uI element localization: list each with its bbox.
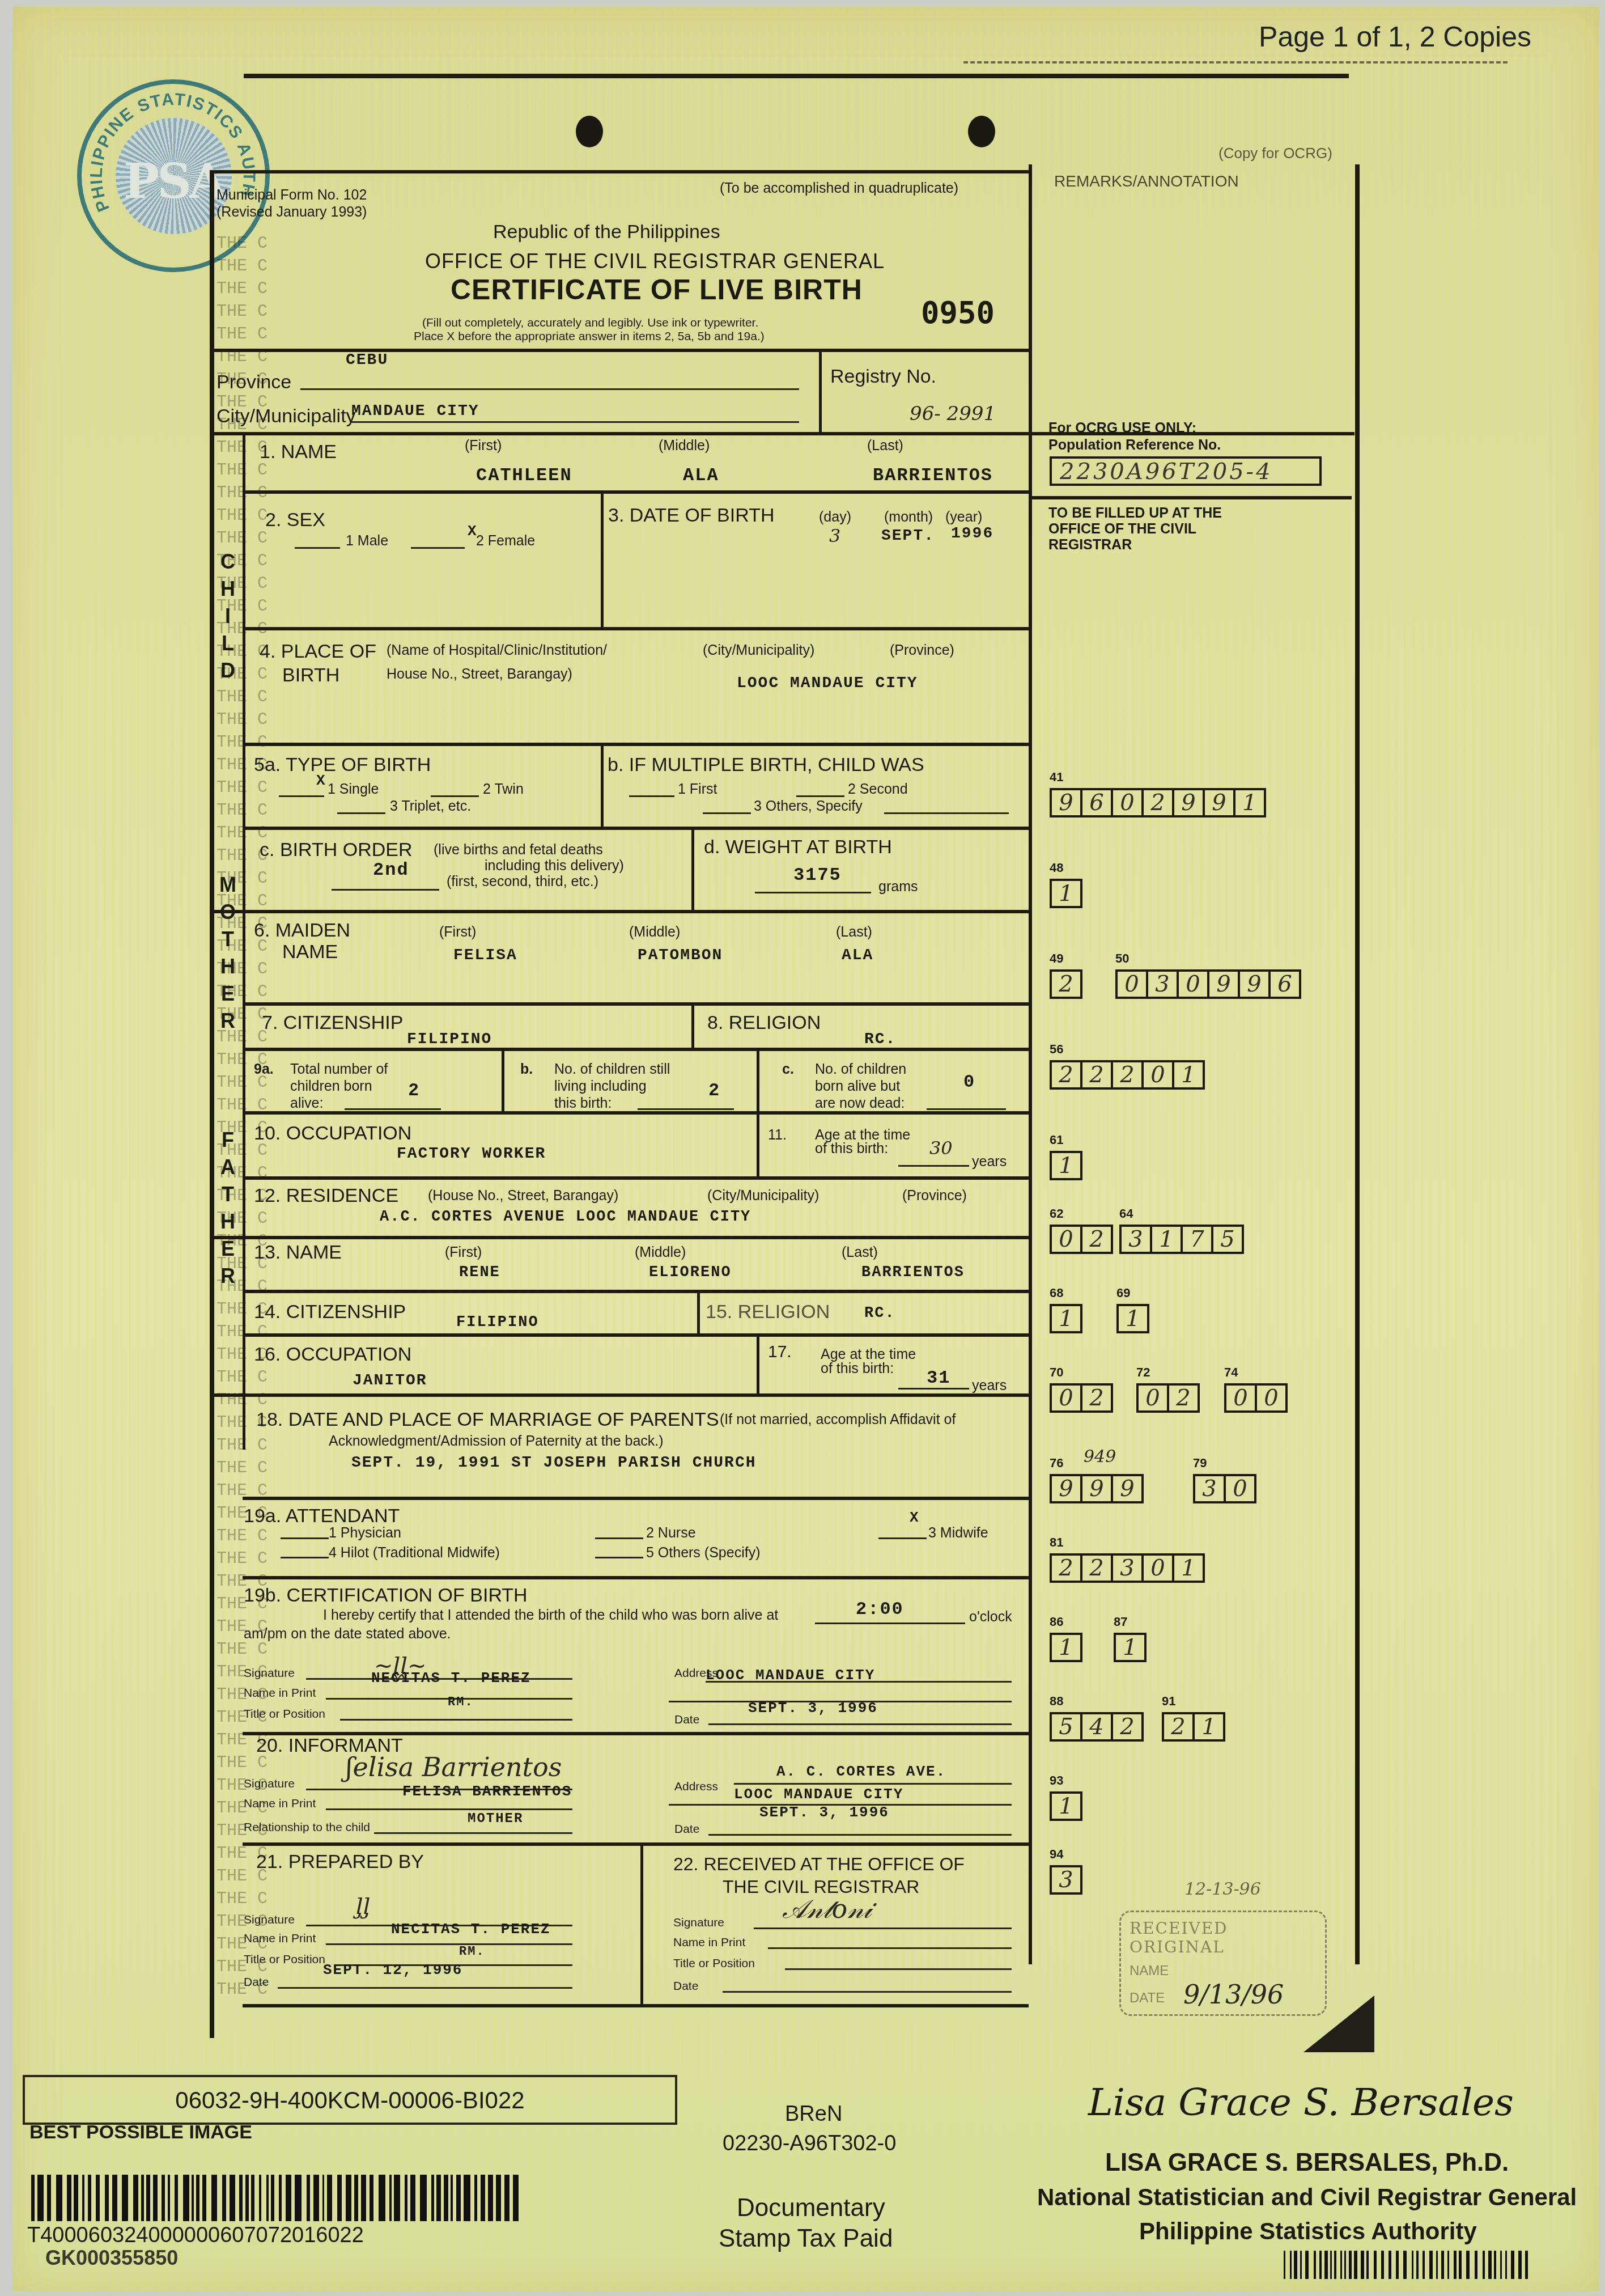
rule — [243, 1576, 1029, 1579]
ocrg-field-number: 50 — [1115, 951, 1129, 966]
attendant-others-blank — [595, 1557, 643, 1558]
ocrg-digit-box: 2 — [1111, 1712, 1144, 1742]
ocrg-digit-box: 1 — [1150, 1225, 1183, 1254]
rule — [640, 1842, 643, 2004]
rule — [243, 743, 1029, 746]
ocrg-digit-box: 2 — [1080, 1383, 1113, 1413]
living-hint-2: living including — [554, 1078, 647, 1095]
signatory-signature: Lisa Grace S. Bersales — [1088, 2081, 1514, 2124]
side-letter: R — [216, 1264, 239, 1288]
rule — [243, 1497, 1029, 1500]
certification-text-1: I hereby certify that I attended the bir… — [323, 1607, 778, 1624]
ocrg-digit-box: 3 — [1050, 1865, 1082, 1895]
prepared-date-field — [278, 1987, 572, 1989]
cert-address-field — [706, 1681, 1012, 1683]
multiple-others-field — [884, 812, 1009, 814]
office-heading: OFFICE OF THE CIVIL REGISTRAR GENERAL — [425, 249, 885, 273]
informant-name-label: Name in Print — [244, 1797, 316, 1811]
sex-option-male: 1 Male — [346, 533, 388, 549]
ocrg-digit-box: 9 — [1111, 1474, 1144, 1503]
sex-male-blank — [295, 547, 340, 549]
cert-name-label: Name in Print — [244, 1687, 316, 1700]
father-name-label: 13. NAME — [254, 1242, 342, 1264]
mother-first-name: FELISA — [453, 947, 517, 964]
ocrg-field-79: 30 — [1193, 1474, 1256, 1503]
ocrg-digit-box: 5 — [1050, 1712, 1082, 1742]
ocrg-header-1: For OCRG USE ONLY: — [1048, 420, 1196, 437]
ocrg-field-64: 3175 — [1119, 1225, 1244, 1254]
oclock-label: o'clock — [969, 1609, 1012, 1625]
best-possible-image: BEST POSSIBLE IMAGE — [29, 2121, 252, 2144]
rule — [243, 1842, 1029, 1846]
received-name-field — [768, 1947, 1012, 1949]
father-religion-label: 15. RELIGION — [706, 1301, 830, 1323]
mother-religion-label: 8. RELIGION — [707, 1012, 821, 1034]
attendant-midwife-blank — [878, 1537, 927, 1539]
folded-corner-icon — [1303, 1996, 1374, 2052]
ocrg-digit-box: 2 — [1080, 1553, 1113, 1583]
ocrg-field-69: 1 — [1116, 1304, 1149, 1333]
barcode-number: T400060324000000607072016022 — [27, 2223, 364, 2248]
rule — [243, 1333, 1029, 1337]
side-letter: C — [216, 550, 239, 574]
marriage-hint-1: (If not married, accomplish Affidavit of — [720, 1412, 956, 1428]
form-top-rule — [244, 74, 1349, 78]
mother-occupation-label: 10. OCCUPATION — [254, 1122, 411, 1145]
birth-type-triplet: 3 Triplet, etc. — [390, 798, 471, 815]
rule — [243, 1111, 1029, 1115]
side-letter: L — [216, 632, 239, 655]
multiple-first: 1 First — [678, 781, 717, 798]
mother-age-hint-2: of this birth: — [815, 1141, 888, 1157]
ocrg-field-number: 56 — [1050, 1042, 1063, 1057]
side-letter: T — [216, 927, 239, 951]
ocrg-digit-box: 1 — [1050, 1304, 1082, 1333]
ocrg-field-number: 76 — [1050, 1456, 1063, 1471]
ocrg-field-number: 91 — [1162, 1694, 1175, 1709]
living-num: b. — [520, 1061, 533, 1078]
sex-female-blank — [411, 547, 465, 549]
informant-signature-label: Signature — [244, 1777, 295, 1791]
stamp-title: RECEIVED ORIGINAL — [1130, 1919, 1325, 1956]
weight-value: 3175 — [793, 865, 842, 886]
dob-year: 1996 — [951, 525, 993, 543]
ocrg-digit-box: 0 — [1177, 969, 1209, 999]
bren-number: 02230-A96T302-0 — [723, 2132, 896, 2156]
ocrg-digit-box: 0 — [1224, 1474, 1256, 1503]
side-letter: M — [216, 873, 239, 897]
page-counter: Page 1 of 1, 2 Copies — [1259, 20, 1531, 53]
ocrg-digit-box: 3 — [1193, 1474, 1226, 1503]
registry-no-label: Registry No. — [830, 366, 936, 388]
birth-order-field — [332, 889, 439, 891]
side-letter: F — [216, 1128, 239, 1152]
father-age-field — [898, 1388, 969, 1390]
attendant-midwife: 3 Midwife — [928, 1525, 988, 1541]
birth-type-twin-blank — [431, 795, 479, 797]
mother-last-name: ALA — [842, 947, 873, 964]
city-value: MANDAUE CITY — [351, 403, 479, 420]
ocrg-digit-box: 9 — [1238, 969, 1271, 999]
ocrg-digit-box: 6 — [1268, 969, 1301, 999]
cert-name: NECITAS T. PEREZ — [371, 1670, 531, 1687]
ocrg-digit-box: 2 — [1167, 1383, 1200, 1413]
rule — [1029, 496, 1352, 499]
pob-label-2: BIRTH — [282, 664, 339, 687]
ocrg-field-56: 22201 — [1050, 1060, 1205, 1090]
registrar-signature-icon: 𝒜𝓃𝓉𝑜𝓃𝒾 — [782, 1893, 872, 1925]
marriage-value: SEPT. 19, 1991 ST JOSEPH PARISH CHURCH — [351, 1454, 757, 1472]
rule — [697, 1290, 700, 1335]
residence-label: 12. RESIDENCE — [254, 1185, 398, 1207]
father-first-name: RENE — [459, 1264, 500, 1281]
father-middle-name: ELIORENO — [649, 1264, 732, 1281]
born-alive-num: 9a. — [254, 1061, 274, 1078]
ocrg-field-number: 72 — [1136, 1365, 1150, 1380]
birth-type-single-mark: X — [316, 772, 326, 789]
attendant-physician: 1 Physician — [329, 1525, 401, 1541]
cert-signature-label: Signature — [244, 1667, 295, 1680]
attendant-nurse: 2 Nurse — [646, 1525, 696, 1541]
father-age: 31 — [927, 1367, 950, 1388]
father-religion: RC. — [864, 1305, 895, 1322]
side-letter: D — [216, 659, 239, 683]
received-name-label: Name in Print — [673, 1936, 745, 1950]
birth-certificate-form: (Copy for OCRG) THE C THE C THE C THE C … — [210, 170, 1355, 2038]
ocrg-digit-box: 2 — [1080, 1060, 1113, 1090]
informant-name: FELISA BARRIENTOS — [402, 1783, 572, 1800]
ocrg-field-48: 1 — [1050, 879, 1082, 908]
side-letter: E — [216, 1237, 239, 1261]
rule — [243, 627, 1029, 630]
control-number: GK000355850 — [45, 2246, 178, 2270]
dead-value: 0 — [963, 1071, 975, 1092]
dob-label: 3. DATE OF BIRTH — [608, 505, 774, 527]
ocrg-digit-box: 0 — [1136, 1383, 1169, 1413]
rule — [243, 2004, 1029, 2007]
ocrg-digit-box: 1 — [1050, 1633, 1082, 1662]
ocrg-field-number: 69 — [1116, 1286, 1130, 1300]
ocrg-field-81: 22301 — [1050, 1553, 1205, 1583]
rule — [601, 743, 604, 829]
multiple-second: 2 Second — [848, 781, 908, 798]
stamp-tax-line-1: Documentary — [737, 2194, 885, 2222]
republic-heading: Republic of the Philippines — [493, 221, 720, 243]
ocrg-field-93: 1 — [1050, 1791, 1082, 1821]
rule — [210, 1393, 1029, 1397]
birth-order-hint-2: including this delivery) — [485, 858, 624, 874]
ocrg-field-number: 68 — [1050, 1286, 1063, 1300]
barcode-icon — [31, 2175, 523, 2221]
informant-date-field — [708, 1834, 1012, 1836]
sex-label: 2. SEX — [265, 509, 325, 531]
ocrg-field-number: 49 — [1050, 951, 1063, 966]
cert-date: SEPT. 3, 1996 — [748, 1700, 878, 1717]
ocrg-field-number: 64 — [1119, 1206, 1133, 1221]
attendant-others: 5 Others (Specify) — [646, 1545, 760, 1561]
rule — [243, 1002, 1029, 1006]
ocrg-field-number: 94 — [1050, 1847, 1063, 1862]
first-name-hint: (First) — [465, 438, 502, 454]
rule — [243, 432, 245, 1450]
birth-type-label: 5a. TYPE OF BIRTH — [254, 754, 431, 776]
weight-field — [755, 892, 871, 893]
ocrg-digit-box: 1 — [1050, 1791, 1082, 1821]
received-signature-field — [754, 1928, 1012, 1929]
mother-religion: RC. — [864, 1031, 896, 1048]
city-field — [351, 421, 799, 423]
ocrg-field-number: 70 — [1050, 1365, 1063, 1380]
ocrg-field-number: 79 — [1193, 1456, 1207, 1471]
ocrg-digit-box: 1 — [1192, 1712, 1225, 1742]
prepared-title-label: Title or Position — [244, 1953, 325, 1967]
birth-type-single-blank — [279, 795, 324, 797]
born-alive-value: 2 — [408, 1080, 420, 1101]
mother-age: 30 — [929, 1137, 953, 1159]
living-hint-1: No. of children still — [554, 1061, 670, 1078]
cert-title-label: Title or Position — [244, 1708, 325, 1721]
ocrg-digit-box: 1 — [1172, 1060, 1205, 1090]
informant-relationship-label: Relationship to the child — [244, 1821, 370, 1835]
cert-title-field — [340, 1719, 572, 1721]
residence-hint: (House No., Street, Barangay) — [428, 1188, 618, 1204]
living-field — [638, 1108, 734, 1110]
ocrg-digit-box: 3 — [1119, 1225, 1152, 1254]
rule — [757, 1333, 759, 1396]
weight-unit: grams — [878, 879, 918, 895]
dob-month-hint: (month) — [884, 509, 933, 526]
multiple-others-blank — [703, 812, 751, 814]
ocrg-digit-box: 9 — [1080, 1474, 1113, 1503]
ocrg-digit-box: 1 — [1172, 1553, 1205, 1583]
ocrg-digit-box: 2 — [1162, 1712, 1195, 1742]
birth-type-triplet-blank — [337, 812, 385, 814]
prepared-signature-label: Signature — [244, 1913, 295, 1927]
bren-label: BReN — [785, 2102, 842, 2126]
rule — [243, 1048, 1029, 1051]
rule — [601, 490, 604, 629]
pob-value: LOOC MANDAUE CITY — [737, 675, 918, 692]
attendant-midwife-mark: X — [910, 1509, 920, 1526]
attendant-nurse-blank — [595, 1537, 643, 1539]
rule — [691, 827, 694, 912]
marriage-hint-2: Acknowledgment/Admission of Paternity at… — [329, 1433, 664, 1450]
father-last-name: BARRIENTOS — [861, 1264, 965, 1281]
weight-label: d. WEIGHT AT BIRTH — [704, 836, 892, 858]
ocrg-field-72: 02 — [1136, 1383, 1200, 1413]
last-name-hint: (Last) — [836, 924, 872, 941]
ocrg-digit-box: 0 — [1115, 969, 1148, 999]
birth-order-hint-3: (first, second, third, etc.) — [447, 874, 598, 890]
ocrg-field-76: 999 — [1050, 1474, 1144, 1503]
birth-type-single: 1 Single — [328, 781, 379, 798]
ocrg-digit-box: 0 — [1224, 1383, 1257, 1413]
informant-address-field — [734, 1783, 1012, 1785]
ocrg-field-91: 21 — [1162, 1712, 1225, 1742]
father-citizenship: FILIPINO — [456, 1314, 539, 1331]
informant-date-label: Date — [674, 1823, 699, 1836]
informant-name-field — [326, 1808, 572, 1810]
received-date-label: Date — [673, 1980, 698, 1993]
ocrg-fill-note-3: REGISTRAR — [1048, 536, 1132, 553]
prepared-signature-icon: ᶅᶅ — [354, 1893, 369, 1920]
middle-name-hint: (Middle) — [659, 438, 710, 454]
ocrg-digit-box: 9 — [1050, 788, 1082, 817]
side-letter: H — [216, 577, 239, 601]
ocrg-digit-box: 1 — [1050, 879, 1082, 908]
prepared-date-label: Date — [244, 1976, 269, 1989]
ocrg-digit-box: 5 — [1211, 1225, 1244, 1254]
province-field — [300, 388, 799, 390]
rule — [210, 170, 1029, 173]
prepared-date: SEPT. 12, 1996 — [323, 1962, 462, 1979]
side-letter: H — [216, 1210, 239, 1234]
ocrg-field-number: 87 — [1114, 1615, 1127, 1629]
form-number: Municipal Form No. 102 — [216, 187, 367, 204]
ocrg-digit-box: 2 — [1111, 1060, 1144, 1090]
ocrg-field-number: 62 — [1050, 1206, 1063, 1221]
living-hint-3: this birth: — [554, 1095, 612, 1112]
ocrg-field-86: 1 — [1050, 1633, 1082, 1662]
received-title-label: Title or Position — [673, 1957, 755, 1971]
ocrg-field-number: 81 — [1050, 1535, 1063, 1550]
marriage-label: 18. DATE AND PLACE OF MARRIAGE OF PARENT… — [256, 1409, 719, 1431]
prepared-title: RM. — [459, 1945, 485, 1959]
child-name-label: 1. NAME — [260, 441, 337, 463]
ocrg-field-41: 9602991 — [1050, 788, 1266, 817]
ocrg-field-number: 61 — [1050, 1133, 1063, 1147]
instructions-line-1: (Fill out completely, accurately and leg… — [422, 316, 758, 330]
born-alive-hint-2: children born — [290, 1078, 372, 1095]
child-middle-name: ALA — [683, 465, 719, 486]
mother-citizenship-label: 7. CITIZENSHIP — [262, 1012, 403, 1034]
informant-date: SEPT. 3, 1996 — [759, 1804, 889, 1821]
ocrg-field-note: 949 — [1084, 1447, 1116, 1467]
ocrg-digit-box: 0 — [1141, 1060, 1174, 1090]
ocrg-digit-box: 2 — [1141, 788, 1174, 817]
attendant-hilot: 4 Hilot (Traditional Midwife) — [329, 1545, 500, 1561]
registry-no-value: 96- 2991 — [910, 403, 996, 425]
mother-age-unit: years — [972, 1154, 1007, 1170]
attendant-physician-blank — [281, 1537, 329, 1539]
signatory-title: National Statistician and Civil Registra… — [1037, 2184, 1577, 2211]
side-letter: E — [216, 982, 239, 1006]
attendant-hilot-blank — [281, 1557, 329, 1558]
punch-hole-icon — [968, 116, 995, 147]
ocrg-digit-box: 2 — [1050, 969, 1082, 999]
stamp-date: 9/13/96 — [1183, 1979, 1284, 2010]
father-age-hint-2: of this birth: — [821, 1361, 894, 1377]
ocrg-digit-box: 9 — [1207, 969, 1240, 999]
ocrg-digit-box: 9 — [1050, 1474, 1082, 1503]
rule — [210, 910, 1029, 913]
rule — [210, 1236, 1029, 1239]
sex-option-female: 2 Female — [476, 533, 535, 549]
birth-time-field — [815, 1623, 965, 1624]
birth-order-label: c. BIRTH ORDER — [260, 839, 413, 861]
copy-for-ocrg: (Copy for OCRG) — [1218, 145, 1332, 162]
ocrg-fill-note-1: TO BE FILLED UP AT THE — [1048, 505, 1222, 522]
ocrg-digit-box: 2 — [1050, 1060, 1082, 1090]
birth-order-hint-1: (live births and fetal deaths — [434, 842, 603, 858]
middle-name-hint: (Middle) — [629, 924, 680, 941]
mother-citizenship: FILIPINO — [407, 1031, 492, 1048]
ocrg-digit-box: 7 — [1181, 1225, 1213, 1254]
ocrg-digit-box: 1 — [1233, 788, 1266, 817]
maiden-name-label-1: 6. MAIDEN — [254, 920, 350, 942]
multiple-birth-label: b. IF MULTIPLE BIRTH, CHILD WAS — [608, 754, 924, 776]
ocrg-field-number: 88 — [1050, 1694, 1063, 1709]
prepared-name-field — [326, 1943, 572, 1945]
dob-month: SEPT. — [881, 527, 935, 545]
cert-date-field — [708, 1723, 1012, 1725]
cert-date-label: Date — [674, 1713, 699, 1727]
remarks-annotation-label: REMARKS/ANNOTATION — [1054, 172, 1239, 190]
province-label: Province — [216, 371, 291, 393]
first-name-hint: (First) — [439, 924, 476, 941]
side-letter: A — [216, 1155, 239, 1179]
father-citizenship-label: 14. CITIZENSHIP — [254, 1301, 406, 1323]
signatory-agency: Philippine Statistics Authority — [1139, 2218, 1477, 2245]
stamp-handwritten-date: 12-13-96 — [1184, 1879, 1261, 1899]
stamp-name-label: NAME — [1130, 1963, 1169, 1979]
side-letter: I — [216, 604, 239, 628]
punch-hole-icon — [576, 116, 603, 147]
population-reference-no: 2230A96T205-4 — [1050, 456, 1322, 486]
ocrg-digit-box: 6 — [1080, 788, 1113, 817]
residence-value: A.C. CORTES AVENUE LOOC MANDAUE CITY — [380, 1209, 751, 1226]
stamp-tax-line-2: Stamp Tax Paid — [719, 2225, 893, 2253]
living-value: 2 — [708, 1080, 720, 1101]
attendant-label: 19a. ATTENDANT — [244, 1505, 400, 1527]
ocrg-field-68: 1 — [1050, 1304, 1082, 1333]
side-letter: R — [216, 1009, 239, 1033]
rule — [243, 490, 1029, 494]
father-occupation-label: 16. OCCUPATION — [254, 1344, 411, 1366]
ocrg-digit-box: 4 — [1080, 1712, 1113, 1742]
mother-middle-name: PATOMBON — [638, 947, 723, 964]
side-letter: H — [216, 955, 239, 978]
ocrg-digit-box: 3 — [1111, 1553, 1144, 1583]
ocrg-digit-box: 1 — [1114, 1633, 1147, 1662]
born-alive-hint-3: alive: — [290, 1095, 323, 1112]
document-code: 06032-9H-400KCM-00006-BI022 — [23, 2075, 677, 2125]
perforation-line — [963, 61, 1508, 63]
ocrg-field-88: 542 — [1050, 1712, 1144, 1742]
serial-number: 0950 — [921, 295, 995, 331]
dob-day-hint: (day) — [819, 509, 851, 526]
dead-hint-2: born alive but — [815, 1078, 900, 1095]
mother-age-num: 11. — [768, 1127, 787, 1143]
ocrg-digit-box: 1 — [1116, 1304, 1149, 1333]
certification-label: 19b. CERTIFICATION OF BIRTH — [244, 1585, 528, 1607]
ocrg-fill-note-2: OFFICE OF THE CIVIL — [1048, 520, 1196, 537]
birth-type-twin: 2 Twin — [483, 781, 524, 798]
rule — [243, 827, 1029, 830]
dead-num: c. — [782, 1061, 794, 1078]
informant-relationship: MOTHER — [468, 1811, 523, 1827]
ocrg-field-number: 86 — [1050, 1615, 1063, 1629]
ocrg-digit-box: 0 — [1050, 1225, 1082, 1254]
informant-signature-icon: ʃelisa Barrientos — [346, 1752, 562, 1782]
maiden-name-label-2: NAME — [282, 941, 338, 963]
quadruplicate-note: (To be accomplished in quadruplicate) — [720, 180, 958, 197]
father-age-unit: years — [972, 1378, 1007, 1394]
ocrg-digit-box: 0 — [1255, 1383, 1288, 1413]
informant-address-2: LOOC MANDAUE CITY — [734, 1786, 903, 1803]
ocrg-field-49: 2 — [1050, 969, 1082, 999]
received-label-1: 22. RECEIVED AT THE OFFICE OF — [673, 1854, 965, 1875]
